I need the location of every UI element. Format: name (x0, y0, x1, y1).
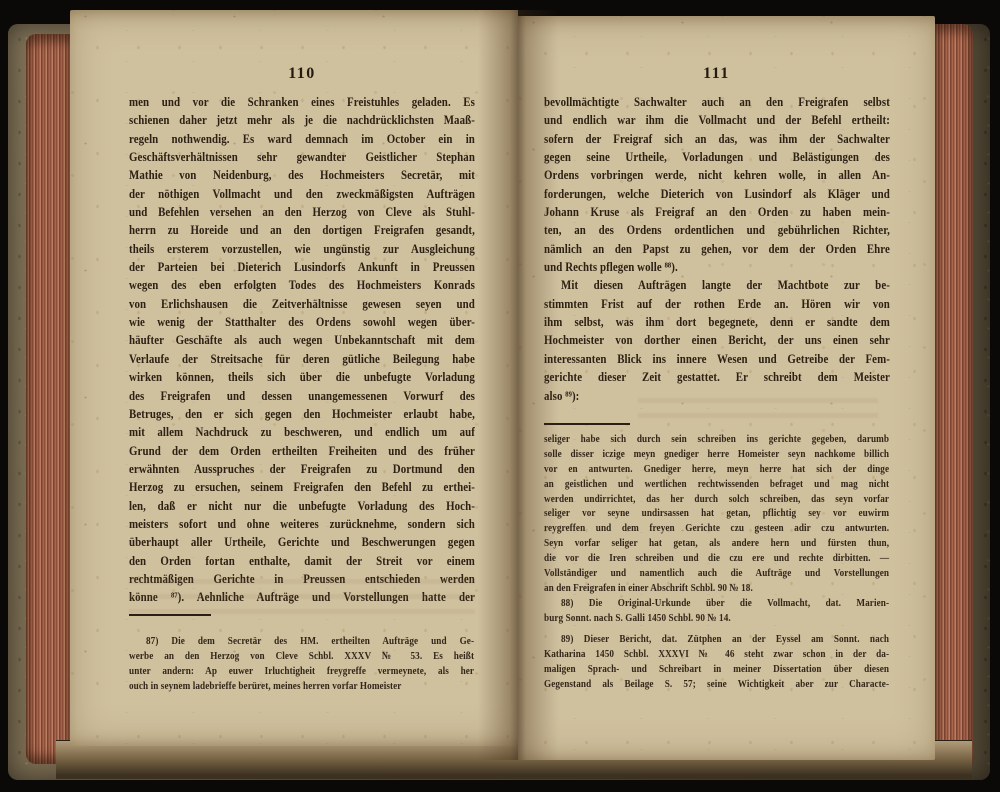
text-line: werbe an den Herzog von Cleve Schbl. XXX… (129, 649, 474, 664)
text-line: Vollständiger und namentlich auch die Au… (544, 566, 889, 581)
text-line: vor en antwurten. Gnediger herre, meyn h… (544, 462, 889, 477)
text-line: unter andern: Ap euwer Irluchtigheit fre… (129, 664, 474, 679)
text-line: Mit diesen Aufträgen langte der Machtbot… (544, 276, 890, 294)
text-line: len, daß er nicht nur die unbefugte Vorl… (129, 497, 475, 515)
text-line: rechtmäßigen Gerichte in Preussen entsch… (129, 570, 475, 588)
text-line: 89) Dieser Bericht, dat. Zütphen an der … (544, 632, 889, 647)
text-line: nämlich an den Papst zu gehen, vor dem d… (544, 240, 890, 258)
footnote-rule-right (544, 423, 630, 425)
text-line: und Rechts pflegen wolle ⁸⁸). (544, 258, 890, 276)
text-line: men und vor die Schranken eines Freistuh… (129, 93, 475, 111)
text-line: und Befehlen versehen an den Herzog von … (129, 203, 475, 221)
page-number-left: 110 (129, 65, 475, 83)
text-line: Ordens vorbringen werde, nicht kehren wo… (544, 166, 890, 184)
right-page-footnote-89: 89) Dieser Bericht, dat. Zütphen an der … (544, 632, 950, 692)
text-line: Seyn vorfar seliger hat getan, als ander… (544, 536, 889, 551)
text-line: 88) Die Original-Urkunde über die Vollma… (544, 596, 889, 611)
right-page-footnote-88: 88) Die Original-Urkunde über die Vollma… (544, 596, 950, 626)
text-line: Katharina 1450 Schbl. XXXVI № 46 steht z… (544, 647, 889, 662)
left-page: 110 men und vor die Schranken eines Frei… (70, 10, 518, 746)
text-line: ihm selbst, was ihm dort begegnete, denn… (544, 313, 890, 331)
text-line: theils ersterem vorzustellen, wie ungüns… (129, 240, 475, 258)
text-line: regeln nothwendig. Es ward demnach im Oc… (129, 130, 475, 148)
text-line: 87) Die dem Secretär des HM. ertheilten … (129, 634, 474, 649)
text-line: burg Sonnt. nach S. Galli 1450 Schbl. 90… (544, 611, 889, 626)
text-line: werden undirrichtet, das her durch solch… (544, 492, 889, 507)
text-line: wegen des eben erfolgten Todes des Hochm… (129, 276, 475, 294)
text-line: Herzog zu ersuchen, seinem Freigrafen de… (129, 478, 475, 496)
text-line: Johann Kruse als Freigraf an den Orden z… (544, 203, 890, 221)
text-line: die vor die Iren schreiben und die czu e… (544, 551, 889, 566)
page-edges-left (26, 34, 72, 764)
text-line: der nöthigen Vollmacht und den zweckmäßi… (129, 185, 475, 203)
text-line: stimmten Frist auf der rothen Erde an. H… (544, 295, 890, 313)
text-line: ouch in seynem ladebrieffe berüret, mein… (129, 679, 474, 694)
text-line: forderungen, welche Dieterich von Lusind… (544, 185, 890, 203)
text-line: überhaupt aller Urtheile, Gerichte und B… (129, 533, 475, 551)
text-line: meisters sofort und ohne weiteres zurück… (129, 515, 475, 533)
text-line: also ⁸⁹): (544, 387, 890, 405)
text-line: Verlaufe der Streitsache für deren gütli… (129, 350, 475, 368)
text-line: wie wenig der Statthalter des Ordens sow… (129, 313, 475, 331)
text-line: des Freigrafen und dessen unangemessenen… (129, 387, 475, 405)
text-line: erwähnten Ausspruches der Freigrafen zu … (129, 460, 475, 478)
footnote-rule-left (129, 614, 211, 616)
text-line: sofern der Freigraf sich an das, was ihm… (544, 130, 890, 148)
text-line: herrn zu Horeide und an den dortigen Fre… (129, 221, 475, 239)
text-line: der Parteien bei Dieterich Lusindorfs An… (129, 258, 475, 276)
text-line: Mathie von Neidenburg, des Hochmeisters … (129, 166, 475, 184)
text-line: Hochmeister von dorther einen Bericht, d… (544, 331, 890, 349)
text-line: seliger habe sich durch sein schreiben i… (544, 432, 889, 447)
text-line: ten, an des Ordens ordentlichen und gebü… (544, 221, 890, 239)
text-line: reygreffen und dem freyen Gerichte czu g… (544, 521, 889, 536)
text-line: gegen seine Urtheile, Vorladungen und Be… (544, 148, 890, 166)
text-line: interessanten Blick ins innere Wesen und… (544, 350, 890, 368)
text-line: gerichte dieser Zeit gestattet. Er schre… (544, 368, 890, 386)
left-page-body-text: men und vor die Schranken eines Freistuh… (129, 93, 536, 607)
text-line: maligen Sprach- und Schreibart in meiner… (544, 662, 889, 677)
book-scan: 110 men und vor die Schranken eines Frei… (0, 0, 1000, 792)
text-line: Gegenstand als Beilage S. 57; seine Wich… (544, 677, 889, 692)
text-line: und endlich war ihm die Vollmacht und de… (544, 111, 890, 129)
page-number-right: 111 (544, 65, 889, 83)
text-line: wirken können, theils sich über die unbe… (129, 368, 475, 386)
text-line: mit allem Nachdruck zu beschweren, und e… (129, 423, 475, 441)
text-line: könne ⁸⁷). Aehnliche Aufträge und Vorste… (129, 588, 475, 606)
text-line: Grund der dem Orden ertheilten Freiheite… (129, 442, 475, 460)
right-page: 111 bevollmächtigte Sachwalter auch an d… (518, 16, 935, 760)
text-line: von Erlichshausen die Zeitverhältnisse g… (129, 295, 475, 313)
text-line: seliger vor seyne undirsassen hat getan,… (544, 506, 889, 521)
text-line: Geschäftsverhältnissen sehr gewandter Ge… (129, 148, 475, 166)
text-line: häufter Geschäfte als auch wegen Unbekan… (129, 331, 475, 349)
text-line: solle disser iczige meyn gnediger herre … (544, 447, 889, 462)
text-line: schienen daher jetzt mehr als je die nac… (129, 111, 475, 129)
left-page-footnote-text: 87) Die dem Secretär des HM. ertheilten … (129, 634, 535, 694)
right-page-body-text: bevollmächtigte Sachwalter auch an den F… (544, 93, 951, 405)
text-line: an den Freigrafen in einer Abschrift Sch… (544, 581, 889, 596)
text-line: bevollmächtigte Sachwalter auch an den F… (544, 93, 890, 111)
text-line: an geistlichen und wertlichen rechtwisse… (544, 477, 889, 492)
text-line: den Orden fortan enthalte, damit der Str… (129, 552, 475, 570)
right-page-footnote-continuation: seliger habe sich durch sein schreiben i… (544, 432, 950, 596)
text-line: Betruges, den er sich gegen den Hochmeis… (129, 405, 475, 423)
